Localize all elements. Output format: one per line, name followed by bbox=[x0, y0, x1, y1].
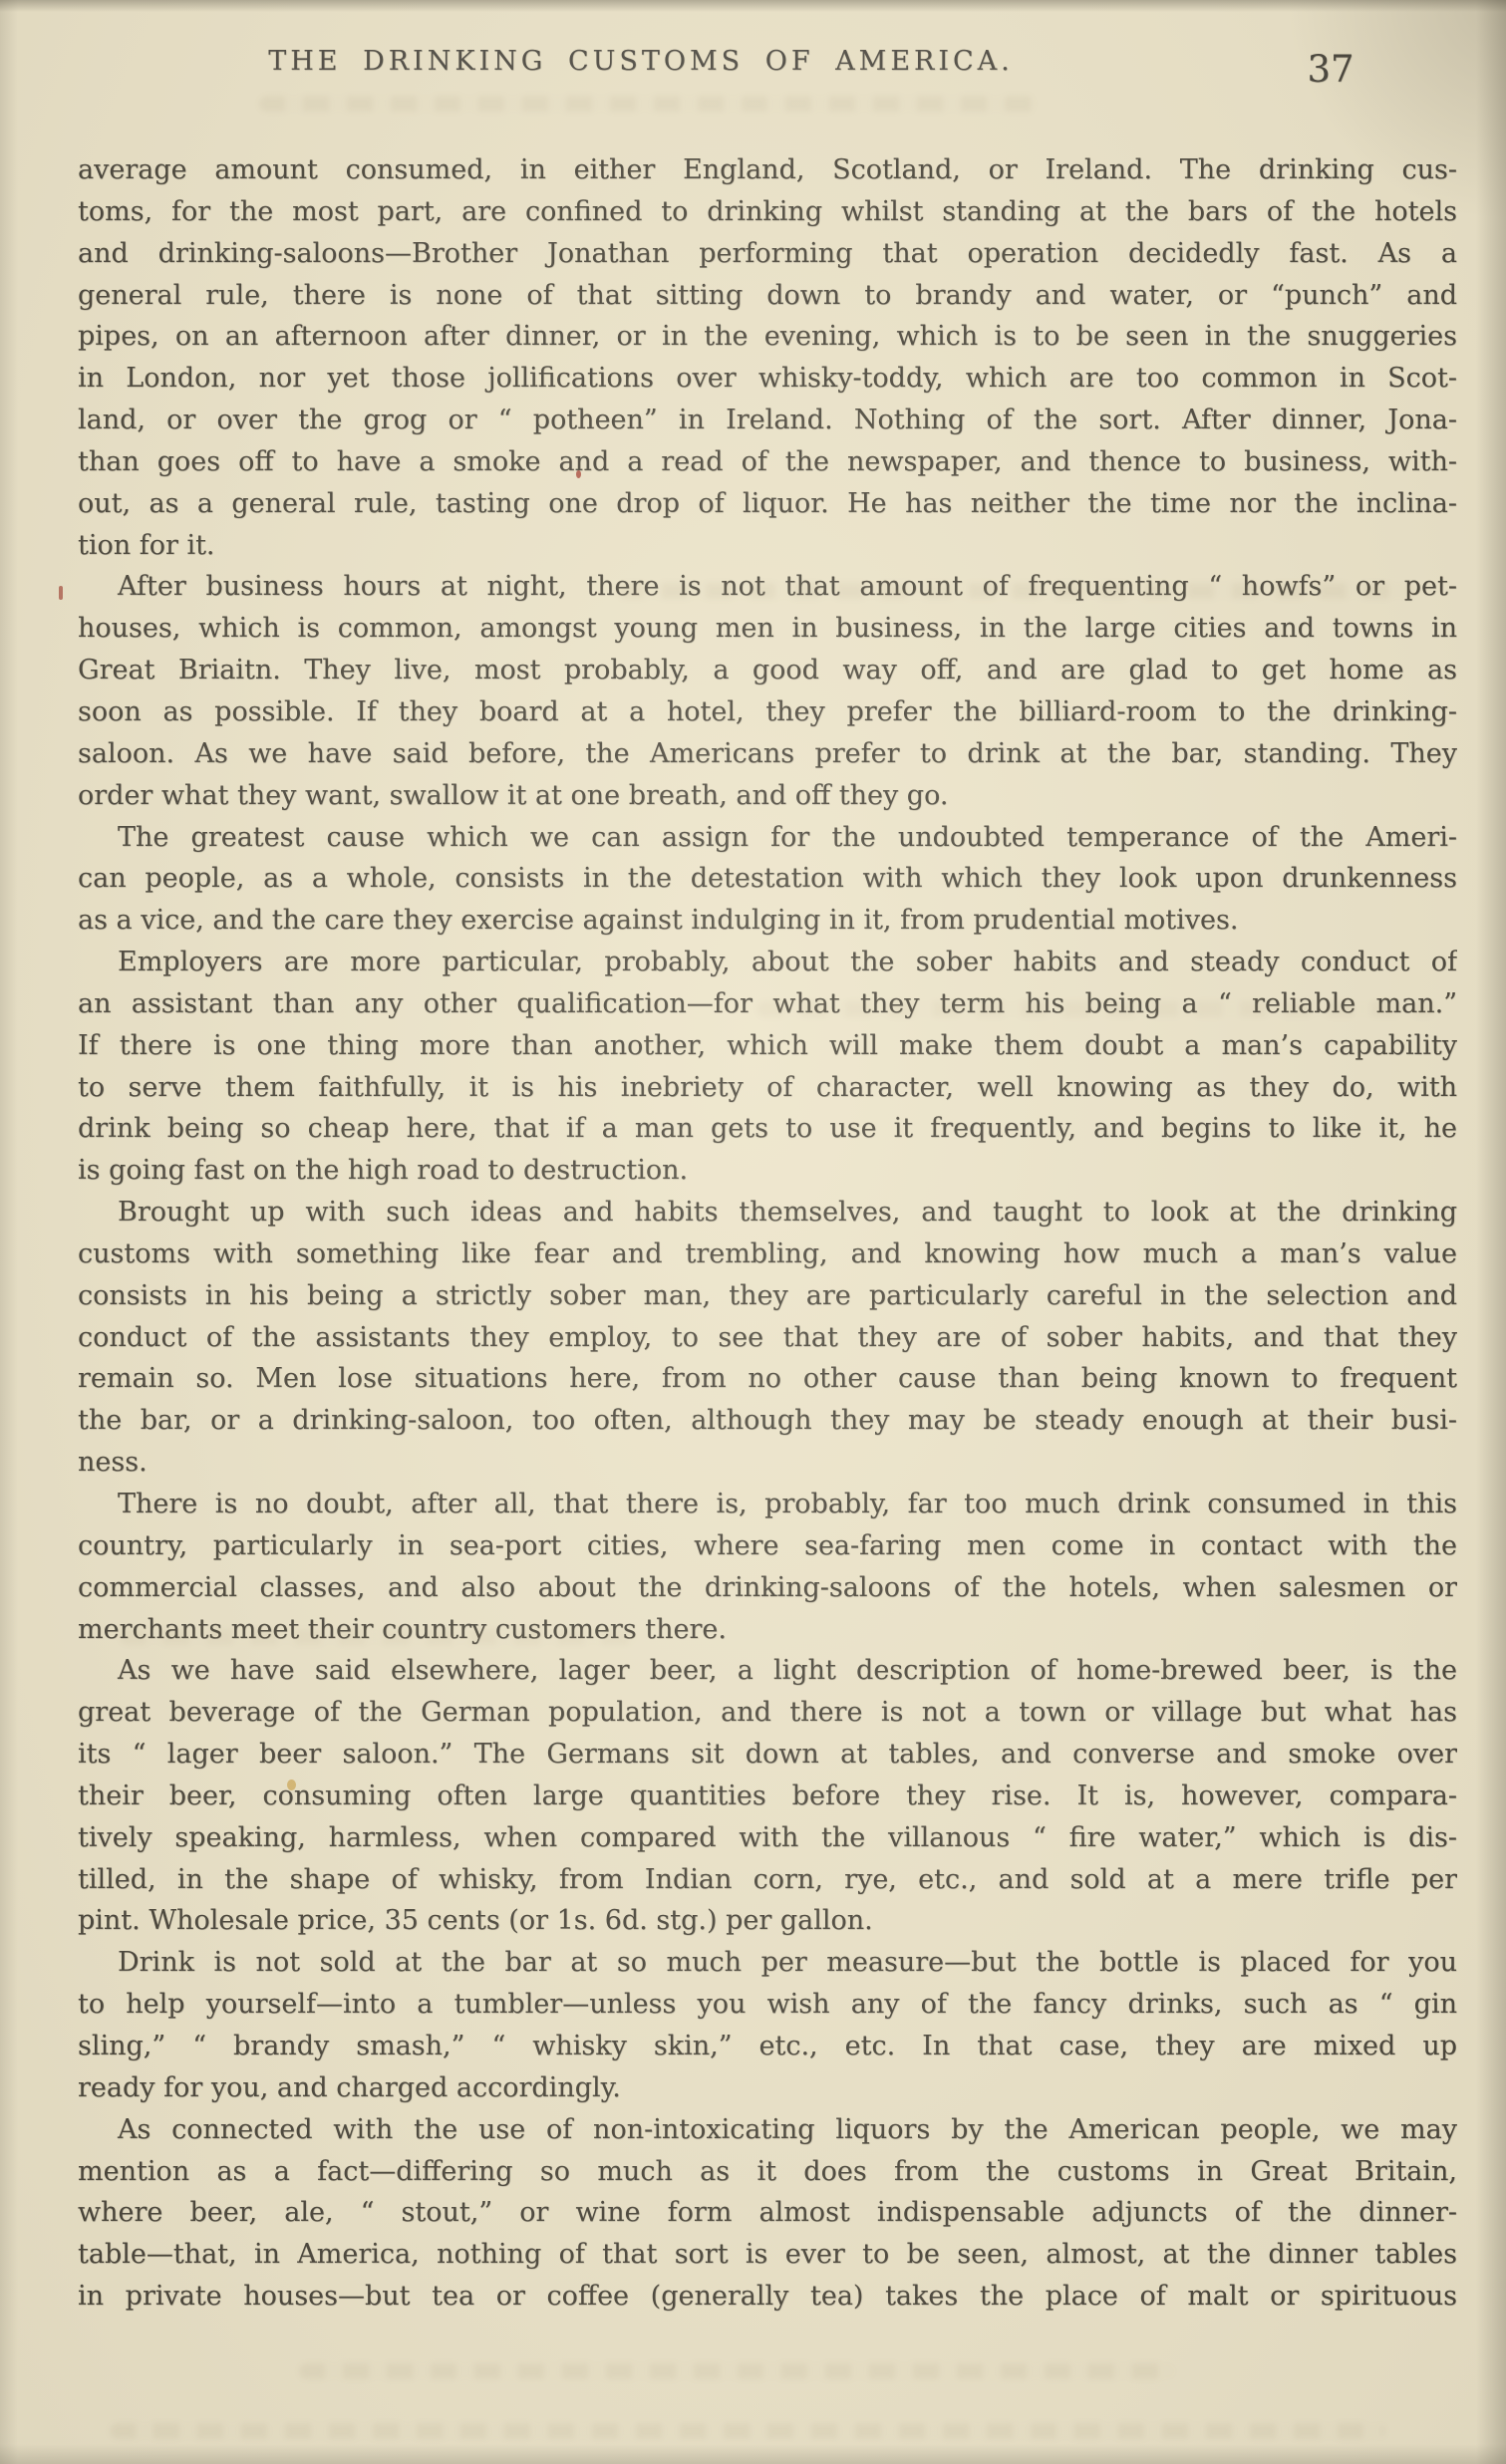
bleedthrough-ghost bbox=[299, 2363, 1176, 2379]
text-line: to serve them faithfully, it is his ineb… bbox=[78, 1067, 1457, 1109]
page-title: THE DRINKING CUSTOMS OF AMERICA. bbox=[268, 46, 1014, 77]
text-line: can people, as a whole, consists in the … bbox=[78, 858, 1457, 900]
text-line: order what they want, swallow it at one … bbox=[78, 775, 1457, 817]
text-line: Brought up with such ideas and habits th… bbox=[78, 1192, 1457, 1233]
text-line: is going fast on the high road to destru… bbox=[78, 1150, 1457, 1192]
text-line: conduct of the assistants they employ, t… bbox=[78, 1317, 1457, 1359]
text-line: their beer, consuming often large quanti… bbox=[78, 1776, 1457, 1817]
body-text: average amount consumed, in either Engla… bbox=[78, 149, 1457, 2318]
text-line: in private houses—but tea or coffee (gen… bbox=[78, 2276, 1457, 2318]
text-line: country, particularly in sea-port cities… bbox=[78, 1525, 1457, 1567]
text-line: remain so. Men lose situations here, fro… bbox=[78, 1358, 1457, 1400]
text-line: great beverage of the German population,… bbox=[78, 1692, 1457, 1734]
text-line: mention as a fact—differing so much as i… bbox=[78, 2151, 1457, 2193]
text-line: soon as possible. If they board at a hot… bbox=[78, 691, 1457, 733]
text-line: than goes off to have a smoke and a read… bbox=[78, 441, 1457, 483]
text-line: in London, nor yet those jollifications … bbox=[78, 358, 1457, 400]
text-line: houses, which is common, amongst young m… bbox=[78, 608, 1457, 650]
text-line: ready for you, and charged accordingly. bbox=[78, 2067, 1457, 2109]
text-line: tively speaking, harmless, when compared… bbox=[78, 1817, 1457, 1859]
text-line: Great Briaitn. They live, most probably,… bbox=[78, 650, 1457, 691]
text-line: pipes, on an afternoon after dinner, or … bbox=[78, 316, 1457, 358]
text-line: Employers are more particular, probably,… bbox=[78, 942, 1457, 983]
text-line: There is no doubt, after all, that there… bbox=[78, 1484, 1457, 1525]
bleedthrough-ghost bbox=[259, 96, 1037, 112]
text-line: commercial classes, and also about the d… bbox=[78, 1567, 1457, 1609]
text-line: customs with something like fear and tre… bbox=[78, 1233, 1457, 1275]
text-line: tilled, in the shape of whisky, from Ind… bbox=[78, 1859, 1457, 1901]
text-line: saloon. As we have said before, the Amer… bbox=[78, 733, 1457, 775]
bleedthrough-ghost bbox=[110, 2423, 1385, 2439]
text-line: ness. bbox=[78, 1442, 1457, 1484]
text-line: As connected with the use of non-intoxic… bbox=[78, 2109, 1457, 2151]
text-line: an assistant than any other qualificatio… bbox=[78, 983, 1457, 1025]
text-line: drink being so cheap here, that if a man… bbox=[78, 1108, 1457, 1150]
text-line: where beer, ale, “ stout,” or wine form … bbox=[78, 2192, 1457, 2234]
text-line: Drink is not sold at the bar at so much … bbox=[78, 1942, 1457, 1984]
text-line: merchants meet their country customers t… bbox=[78, 1609, 1457, 1651]
text-line: out, as a general rule, tasting one drop… bbox=[78, 483, 1457, 525]
text-line: sling,” “ brandy smash,” “ whisky skin,”… bbox=[78, 2026, 1457, 2067]
text-line: land, or over the grog or “ potheen” in … bbox=[78, 400, 1457, 441]
text-line: consists in his being a strictly sober m… bbox=[78, 1275, 1457, 1317]
text-line: pint. Wholesale price, 35 cents (or 1s. … bbox=[78, 1900, 1457, 1942]
text-line: its “ lager beer saloon.” The Germans si… bbox=[78, 1734, 1457, 1776]
text-line: and drinking-saloons—Brother Jonathan pe… bbox=[78, 233, 1457, 275]
ink-speck bbox=[59, 586, 63, 600]
running-header: THE DRINKING CUSTOMS OF AMERICA. bbox=[78, 46, 1204, 77]
text-line: average amount consumed, in either Engla… bbox=[78, 149, 1457, 191]
text-line: toms, for the most part, are confined to… bbox=[78, 191, 1457, 233]
text-line: to help yourself—into a tumbler—unless y… bbox=[78, 1984, 1457, 2026]
text-line: general rule, there is none of that sitt… bbox=[78, 275, 1457, 317]
text-line: table—that, in America, nothing of that … bbox=[78, 2234, 1457, 2276]
text-line: As we have said elsewhere, lager beer, a… bbox=[78, 1650, 1457, 1692]
text-line: After business hours at night, there is … bbox=[78, 566, 1457, 608]
text-line: The greatest cause which we can assign f… bbox=[78, 817, 1457, 859]
text-line: the bar, or a drinking-saloon, too often… bbox=[78, 1400, 1457, 1442]
text-line: If there is one thing more than another,… bbox=[78, 1025, 1457, 1067]
book-page: THE DRINKING CUSTOMS OF AMERICA. 37 aver… bbox=[0, 0, 1506, 2464]
text-line: as a vice, and the care they exercise ag… bbox=[78, 900, 1457, 942]
text-line: tion for it. bbox=[78, 525, 1457, 567]
page-number: 37 bbox=[1296, 48, 1365, 91]
